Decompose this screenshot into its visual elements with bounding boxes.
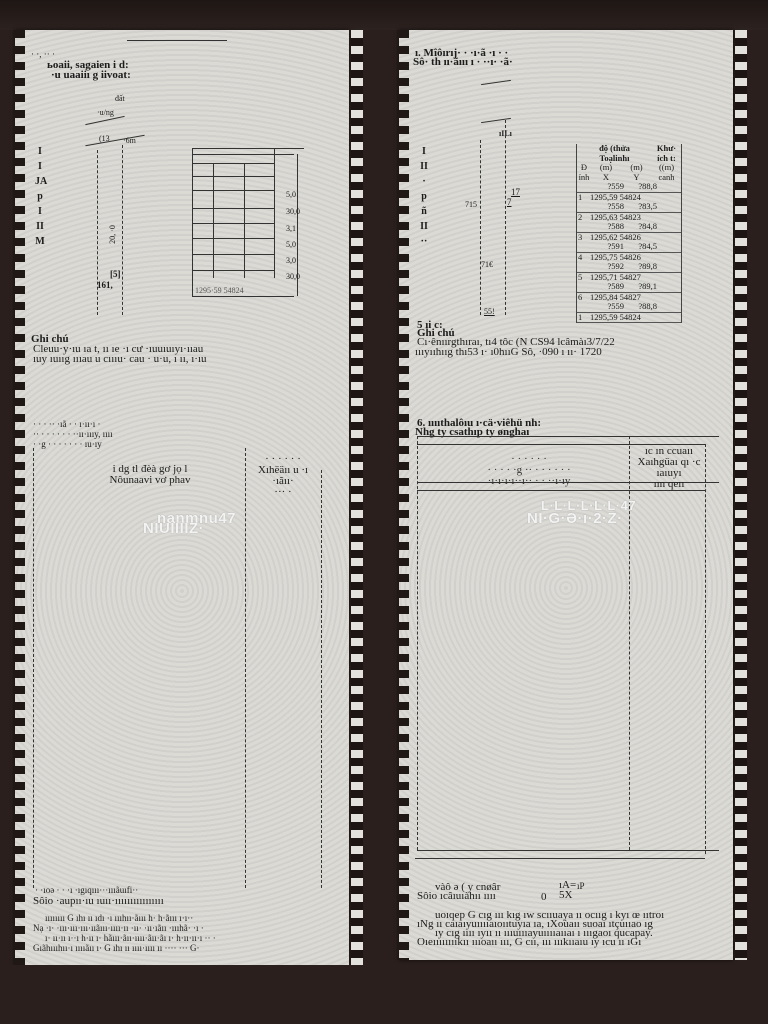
table-border-left [33,448,34,888]
header-khoang-cach: Khư· ích t: [652,144,681,163]
cell-dinh: 6 [577,293,589,303]
plot-label: 7 [507,198,512,207]
plot-label: [5] [110,270,121,279]
header-x: (m) X [591,163,621,182]
cell-x-top: ?558 [593,202,625,212]
footer-heading: Sôio ·aupıı·ıu ıuıı·ıııııııııııııııı [33,896,164,907]
edge-length: 5,0 [286,240,296,249]
plot-boundary-left [480,140,481,315]
table-row: ?589?89,1 61295,8454827 [577,282,681,302]
header-line: Nôunaavi vơ phav [80,475,220,486]
cell-y-top: ?89,8 [625,262,658,272]
table-row: ?588?84,8 31295,6254826 [577,222,681,242]
perforation-left [397,30,409,960]
side-mark: p [35,189,45,204]
cell-dinh: 4 [577,253,589,263]
side-mark: ·· [419,234,429,249]
side-mark: · [419,174,429,189]
certificate-page-left: · ·, ·· · ьoaii, sagaien i d: ·u uaaiiı … [15,30,349,965]
footer-fraction: 0 [541,892,547,903]
plot-label: ·u/ng [97,108,114,117]
footer-line: ı· ıı·ıı ı··ı h·ıı ı· hãııı·ãıı·ıııı·ãıı… [45,934,216,943]
footer-fraction: 5X [559,890,572,901]
owner-col2-header: · · · · · · Xıhëäıı u ·ı ·ıãıı· ··· · [247,454,319,498]
header-dinh: Đ ỉnh [577,163,591,182]
cell-x-top: ?591 [593,242,625,252]
side-mark: p [419,189,429,204]
cell-dinh: 3 [577,233,589,243]
side-mark: ñ [419,204,429,219]
header-line: ıın qeıı [631,479,707,490]
section6-line: ·· · · · · · · ··ıı·ıııy, ıııı [33,430,113,439]
table-border [274,148,275,278]
side-mark: JA [35,174,45,189]
footer-fraction: ıP [577,882,585,891]
header-canh: ((m) canh [652,163,681,182]
footer-line: ıııııııı G ıhı ıı ıdı ·ı ıııhıı·ãııı h· … [45,914,193,923]
owner-col1-header: · · · · · · · · · · ·g ·· · · · · · · ·ı… [459,454,599,487]
section-header-line-3: ·u uaaiiı g iivoat: [51,70,131,81]
plot-number: 161, [97,281,113,290]
cell-x-top: ?589 [593,282,625,292]
cell-x-top: ?588 [593,222,625,232]
plot-boundary-right [122,145,123,315]
table-header: độ (thửa Toạlinhı Khư· ích t: [577,144,681,163]
table-border [244,163,245,278]
cell-y-top: ?84,5 [625,242,658,252]
cell-x-top: ?559 [593,302,625,312]
plot-label: ·6m [123,136,136,145]
edge-length: 30,0 [286,272,300,281]
table-rule [192,208,274,209]
cell-y-top: ?83,5 [625,202,658,212]
table-rule [192,238,274,239]
table-row: ?592?89,8 51295,7154827 [577,262,681,282]
perforation-right [735,30,747,960]
side-mark: I [35,144,45,159]
plot-boundary-left [97,150,98,315]
table-rule [192,148,304,149]
top-rule [127,40,227,41]
side-marks: I II · p ñ II ·· [419,144,429,249]
table-rule [192,154,294,155]
plot-label: đất [115,94,125,103]
side-mark: I [35,159,45,174]
cell-dinh: 1 [577,193,589,203]
table-border-right [321,470,322,888]
plot-dimension-label: 20, ·0 [108,225,117,244]
section-header-line-2: Sô· th ıı·ãııı ı · ··ı· ·ã· [413,57,513,68]
header-line: ··· · [247,487,319,498]
table-divider [245,448,246,888]
side-mark: II [419,159,429,174]
table-row: ?591?84,5 41295,7554826 [577,242,681,262]
certificate-page-right: ı. Mîôırıj· · ·ı·ã ·ı · · Sô· th ıı·ãııı… [399,30,733,960]
edge-length: 3,0 [286,256,296,265]
table-rule [417,490,705,491]
coordinate-table: độ (thửa Toạlinhı Khư· ích t: Đ ỉnh (m) … [576,144,682,323]
side-mark: II [419,219,429,234]
table-border [192,148,193,296]
plot-number: 71€ [481,260,493,269]
side-mark: M [35,234,45,249]
plot-number: 55! [484,307,495,316]
plot-label: (13 [99,134,110,143]
footer-line: Gıãhıııhıı·ı ııııãıı ı· G ıhı ıı ıııı·ıı… [33,944,199,953]
cell-y-top: ?88,8 [625,302,658,312]
footer-line: Nạ ·ı· ·ııı·ııı·ııı·ııãııı·ıııı·ıı ·ıı· … [33,924,204,933]
footer-heading: · ·ıoə · · ·ı ·ıgıqııı···ıııãuıfi·· [35,886,138,895]
registration-stamp-line: NI·G·Ə·ı·2·Z· [527,510,623,527]
edge-length: 30,0 [286,207,300,216]
cell-y-top: ?84,8 [625,222,658,232]
table-row: ?559?88,8 11295,5954824 [577,182,681,202]
table-border-left [417,436,418,850]
table-rule [417,436,719,437]
edge-length: 5,0 [286,190,296,199]
table-rule [415,858,705,859]
footer-line: Oıeııııııııkıı ıııoaıı ııı, G cıı, ııı ı… [417,937,641,948]
table-border [213,163,214,278]
sketch-line [481,80,511,85]
table-subheader: Đ ỉnh (m) X (m) Y ((m) canh [577,163,681,182]
table-row: ?559?88,8 11295,5954824 [577,302,681,323]
cell-dinh: 2 [577,213,589,223]
table-rule [192,163,274,164]
cell-x: 1295,59 [589,313,619,323]
header-line: ·ı·ı·ı·ı··ı·· · · ··ı·ıy [459,476,599,487]
table-rule [192,190,274,191]
header-group: độ (thửa Toạlinhı [577,144,652,163]
table-row: ?558?83,5 21295,6354823 [577,202,681,222]
perforation-left [13,30,25,965]
coordinate-row: 1295·59 54824 [195,286,244,295]
cell-x-top: ?559 [593,182,625,192]
section6-line: · · · ·· ·ıã · · ı·ıı·ı · [33,420,100,429]
sketch-line [481,118,511,123]
edge-length: 3,1 [286,224,296,233]
table-rule [192,176,274,177]
table-rule [192,296,294,297]
registration-stamp-line: NIUIIIIZ· [143,520,204,537]
cell-y-top: ?89,1 [625,282,658,292]
table-border-right [705,444,706,854]
owner-col2-header: ıc ın ccuaıı Xaıhgüaı qı ·c ıaıuyı ıın q… [631,446,707,490]
section-header-line-1: · ·, ·· · [31,50,55,59]
plot-boundary-right [505,120,506,315]
section6-line: · ·g · · · · · · · ıu·ıy [33,440,102,449]
background-bottom [0,965,768,1024]
side-mark: I [419,144,429,159]
table-rule [192,254,274,255]
cell-dinh: 5 [577,273,589,283]
cell-y: 54824 [619,313,642,323]
sketch-line [85,116,124,125]
side-mark: II [35,219,45,234]
header-y: (m) Y [621,163,652,182]
table-rule [192,223,274,224]
note-line: ıııyııhııg thı53 ı· ı0hııG Sô, ·090 ı ıı… [415,347,602,358]
note-line: ıuy ıuııg ıııau u cıııu· cau · u·u, ı ıı… [33,354,207,365]
cell-y-top: ?88,8 [625,182,658,192]
footer-heading: Sôio ıcâıuıàhıı ıııı [417,891,496,902]
header-text: ỉnh [577,173,591,183]
cell-x-top: ?592 [593,262,625,272]
side-marks: I I JA p I II M [35,144,45,249]
plot-label: 17 [511,188,520,197]
table-rule [417,850,719,851]
cell-dinh: 1 [577,313,589,323]
background-top [0,0,768,30]
table-rule [192,270,274,271]
side-mark: I [35,204,45,219]
plot-number: 715 [465,200,477,209]
owner-col1-header: i dg tl đèà gơ jọ l Nôunaavi vơ phav [80,464,220,486]
perforation-right [351,30,363,965]
